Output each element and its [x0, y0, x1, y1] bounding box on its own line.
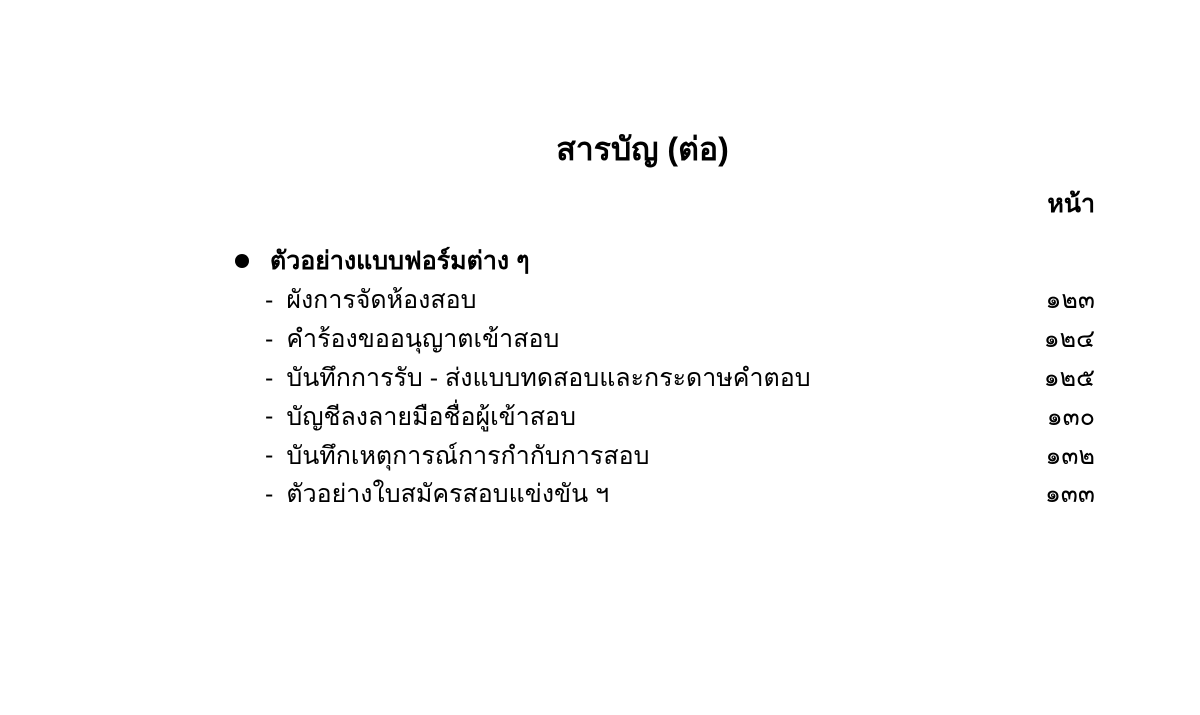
toc-entry-label: คำร้องขออนุญาตเข้าสอบ [286, 319, 559, 359]
toc-entry: - ตัวอย่างใบสมัครสอบแข่งขัน ฯ ๑๓๓ [235, 475, 1095, 514]
dash-marker: - [265, 402, 273, 431]
dash-marker: - [265, 364, 273, 393]
toc-entry-label: บันทึกการรับ - ส่งแบบทดสอบและกระดาษคำตอบ [286, 358, 810, 398]
toc-entry-page-number: ๑๒๓ [1046, 280, 1095, 320]
toc-entry-label: ตัวอย่างใบสมัครสอบแข่งขัน ฯ [286, 474, 609, 514]
toc-entry-page-number: ๑๓๓ [1045, 474, 1095, 514]
dash-marker: - [265, 480, 273, 509]
document-page: สารบัญ (ต่อ) หน้า ตัวอย่างแบบฟอร์มต่าง ๆ… [0, 0, 1200, 715]
page-column-label: หน้า [1047, 186, 1095, 224]
dash-marker: - [265, 325, 273, 354]
toc-entry-page-number: ๑๓๒ [1046, 436, 1095, 476]
toc-entry: - บัญชีลงลายมือชื่อผู้เข้าสอบ ๑๓๐ [235, 397, 1095, 436]
toc-entry-label: ผังการจัดห้องสอบ [286, 280, 476, 320]
toc-section-label: ตัวอย่างแบบฟอร์มต่าง ๆ [270, 241, 530, 281]
toc-entry-label: บัญชีลงลายมือชื่อผู้เข้าสอบ [286, 397, 576, 437]
toc-entry-page-number: ๑๓๐ [1047, 397, 1095, 437]
dash-marker: - [265, 286, 273, 315]
toc-entry: - บันทึกเหตุการณ์การกำกับการสอบ ๑๓๒ [235, 436, 1095, 475]
toc-entry-page-number: ๑๒๔ [1044, 319, 1095, 359]
toc-entry-page-number: ๑๒๕ [1044, 358, 1095, 398]
table-of-contents: ตัวอย่างแบบฟอร์มต่าง ๆ - ผังการจัดห้องสอ… [235, 241, 1095, 514]
toc-entry: - บันทึกการรับ - ส่งแบบทดสอบและกระดาษคำต… [235, 359, 1095, 398]
toc-section-heading: ตัวอย่างแบบฟอร์มต่าง ๆ [235, 241, 1095, 281]
dash-marker: - [265, 441, 273, 470]
toc-entry: - ผังการจัดห้องสอบ ๑๒๓ [235, 281, 1095, 320]
toc-entry-label: บันทึกเหตุการณ์การกำกับการสอบ [286, 436, 649, 476]
bullet-icon [235, 254, 249, 268]
toc-entry: - คำร้องขออนุญาตเข้าสอบ ๑๒๔ [235, 320, 1095, 359]
page-title: สารบัญ (ต่อ) [190, 126, 1095, 172]
